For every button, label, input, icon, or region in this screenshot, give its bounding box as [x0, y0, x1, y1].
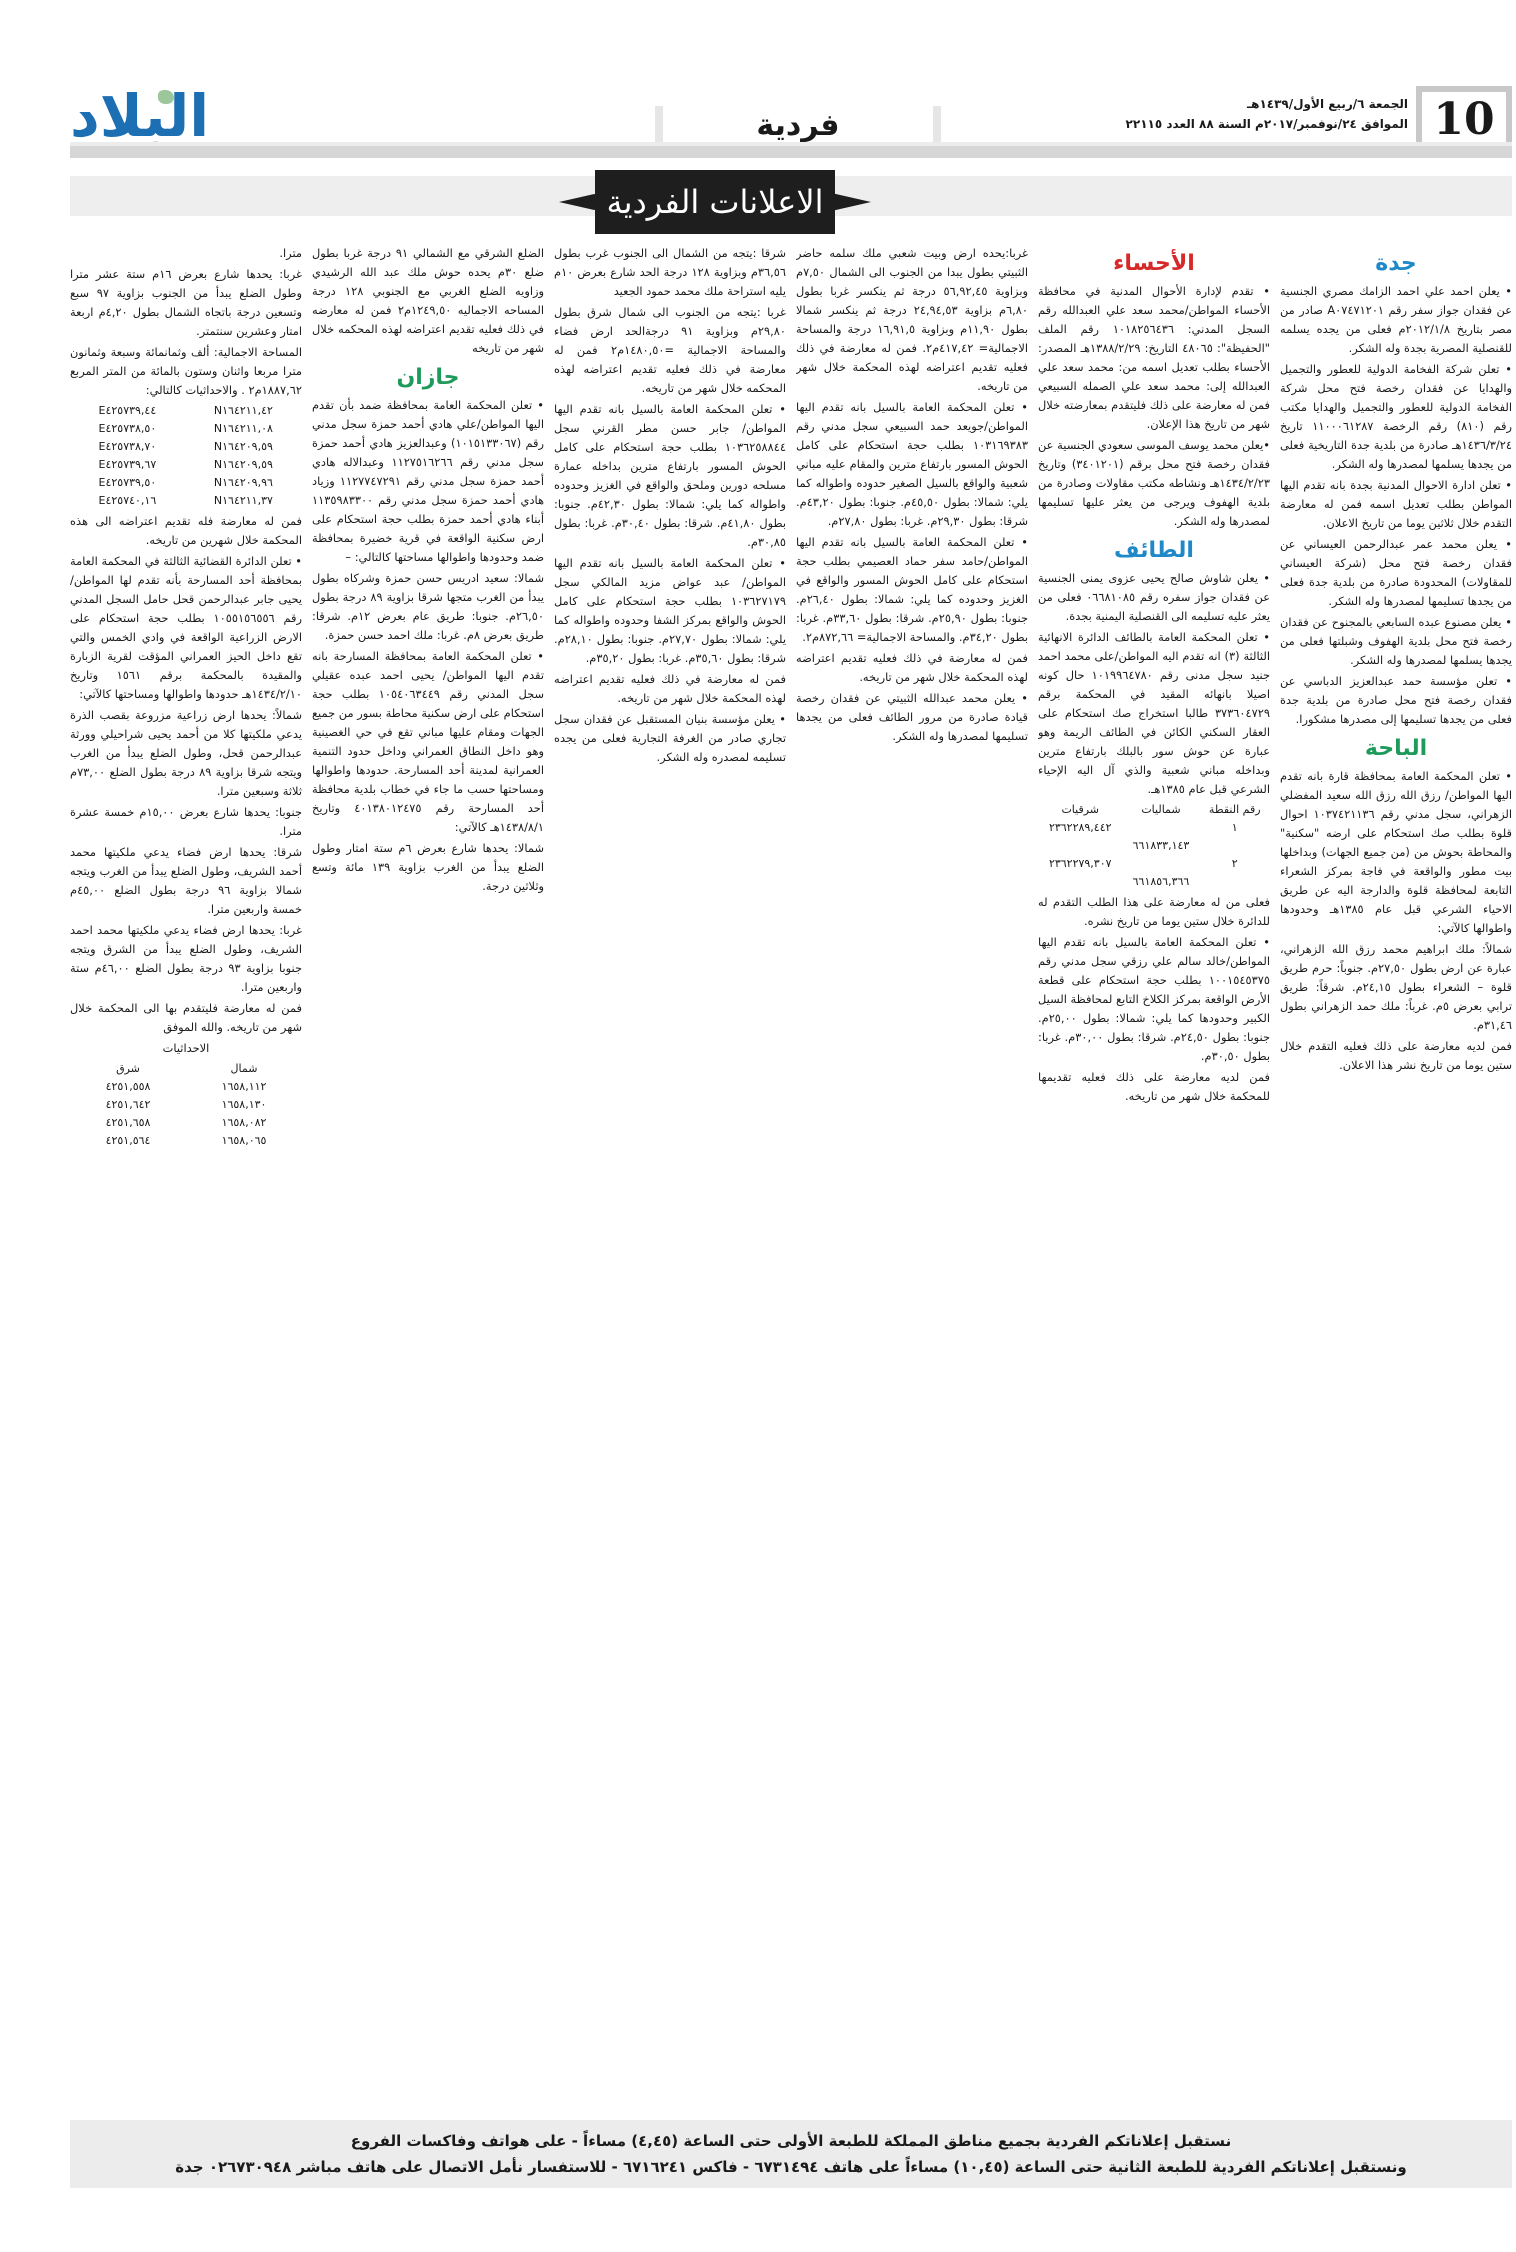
column-5: الضلع الشرقي مع الشمالي ٩١ درجة غربا بطو… — [312, 244, 544, 2100]
table-row: E٤٢٥٧٣٩,٤٤N١٦٤٢١١,٤٢ — [70, 402, 302, 420]
table-cell: ٤٢٥١,٦٤٢ — [70, 1096, 186, 1114]
table-cell: N١٦٤٢١١,٠٨ — [185, 420, 302, 438]
table-row: E٤٢٥٧٣٨,٧٠N١٦٤٢٠٩,٥٩ — [70, 438, 302, 456]
table-cell — [1122, 819, 1199, 837]
ad-paragraph: فمن له معارضة فله تقديم اعتراضه الى هذه … — [70, 512, 302, 550]
logo-text: البلاد — [70, 82, 209, 150]
city-heading: الطائف — [1038, 537, 1270, 565]
table-row: E٤٢٥٧٤٠,١٦N١٦٤٢١١,٣٧ — [70, 492, 302, 510]
ad-paragraph: • تعلن شركة الفخامة الدولية للعطور والتج… — [1280, 360, 1512, 474]
ad-paragraph: الضلع الشرقي مع الشمالي ٩١ درجة غربا بطو… — [312, 244, 544, 358]
ad-paragraph: • يعلن محمد عمر عبدالرحمن العيساني عن فق… — [1280, 535, 1512, 611]
ad-paragraph: فعلى من له معارضة على هذا الطلب التقدم ل… — [1038, 893, 1270, 931]
newspaper-logo: البلاد — [70, 86, 209, 146]
column-1: جدة• يعلن احمد علي احمد الزامك مصري الجن… — [1280, 244, 1512, 2100]
table-cell: ٤٢٥١,٥٥٨ — [70, 1078, 186, 1096]
table-cell: ١٦٥٨,٠٦٥ — [186, 1132, 302, 1150]
table-row: ١٦٥٨,١٣٠٤٢٥١,٦٤٢ — [70, 1096, 302, 1114]
column-6: مترا.غربا: يحدها شارع بعرض ١٦م ستة عشر م… — [70, 244, 302, 2100]
table-cell: ١٦٥٨,١١٢ — [186, 1078, 302, 1096]
table-header: شماليات — [1122, 801, 1199, 819]
ad-paragraph: • تقدم لإدارة الأحوال المدنية في محافظة … — [1038, 282, 1270, 434]
ad-paragraph: شمالا: سعيد ادريس حسن حمزة وشركاه بطول ي… — [312, 569, 544, 645]
date-hijri: الجمعة ٦/ربيع الأول/١٤٣٩هـ — [1126, 94, 1408, 114]
ad-paragraph: غربا: يحدها شارع بعرض ١٦م ستة عشر مترا و… — [70, 265, 302, 341]
footer-notice: نستقبل إعلاناتكم الفردية بجميع مناطق الم… — [70, 2120, 1512, 2188]
ad-paragraph: فمن له معارضة في ذلك فعليه تقديم اعتراضه… — [554, 670, 786, 708]
table-cell: N١٦٤٢١١,٤٢ — [185, 402, 302, 420]
ad-paragraph: شمالا: يحدها شارع بعرض ٦م ستة امتار وطول… — [312, 839, 544, 896]
coordinates-title: الاحداثيات — [70, 1039, 302, 1058]
table-cell: E٤٢٥٧٣٩,٦٧ — [70, 456, 185, 474]
ad-paragraph: • تعلن المحكمة العامة بمحافظة المسارحة ب… — [312, 647, 544, 837]
section-title: فردية — [655, 106, 941, 146]
table-cell: ٤٢٥١,٦٥٨ — [70, 1114, 186, 1132]
ad-paragraph: • يعلن مؤسسة بنيان المستقبل عن فقدان سجل… — [554, 710, 786, 767]
table-cell — [1122, 855, 1199, 873]
table-cell: N١٦٤٢٠٩,٥٩ — [185, 438, 302, 456]
table-cell: ٦٦١٨٥٦,٣٦٦ — [1122, 873, 1199, 891]
classifieds-banner: الاعلانات الفردية — [595, 170, 835, 234]
table-cell: E٤٢٥٧٣٩,٥٠ — [70, 474, 185, 492]
footer-line-2: ونستقبل إعلاناتكم الفردية للطبعة الثانية… — [70, 2154, 1512, 2180]
ad-paragraph: • تعلن المحكمة العامة بالسيل بانه تقدم ا… — [554, 554, 786, 668]
ad-paragraph: المساحة الاجمالية: ألف وثمانمائة وسبعة و… — [70, 343, 302, 400]
ad-paragraph: غربا:يحده ارض وبيت شعبي ملك سلمه حاضر ال… — [796, 244, 1028, 396]
table-row: ١٦٥٨,٠٨٢٤٢٥١,٦٥٨ — [70, 1114, 302, 1132]
table-cell: E٤٢٥٧٣٩,٤٤ — [70, 402, 185, 420]
ad-paragraph: شرقا :يتجه من الشمال الى الجنوب غرب بطول… — [554, 244, 786, 301]
table-row: E٤٢٥٧٣٩,٦٧N١٦٤٢٠٩,٥٩ — [70, 456, 302, 474]
city-heading: جازان — [312, 364, 544, 392]
table-cell: ١٦٥٨,٠٨٢ — [186, 1114, 302, 1132]
table-cell: ٢ — [1199, 855, 1270, 873]
ad-paragraph: • يعلن احمد علي احمد الزامك مصري الجنسية… — [1280, 282, 1512, 358]
ad-paragraph: جنوبا: يحدها شارع بعرض ١٥,٠٠م خمسة عشرة … — [70, 803, 302, 841]
city-heading: الباحة — [1280, 735, 1512, 763]
table-cell: N١٦٤٢٠٩,٩٦ — [185, 474, 302, 492]
table-cell: E٤٢٥٧٣٨,٧٠ — [70, 438, 185, 456]
table-row: ١٦٥٨,١١٢٤٢٥١,٥٥٨ — [70, 1078, 302, 1096]
ad-paragraph: فمن لديه معارضة على ذلك فعليه التقدم خلا… — [1280, 1037, 1512, 1075]
table-cell: ١٦٥٨,١٣٠ — [186, 1096, 302, 1114]
table-header: شرق — [70, 1060, 186, 1078]
ad-columns: جدة• يعلن احمد علي احمد الزامك مصري الجن… — [70, 244, 1512, 2100]
ad-paragraph: • تعلن المحكمة العامة بالطائف الدائرة ال… — [1038, 628, 1270, 799]
table-cell: E٤٢٥٧٤٠,١٦ — [70, 492, 185, 510]
date-gregorian: الموافق ٢٤/نوفمبر/٢٠١٧م السنة ٨٨ العدد ٢… — [1126, 114, 1408, 134]
table-row: ١٢٣٦٢٢٨٩,٤٤٢ — [1038, 819, 1270, 837]
table-row: E٤٢٥٧٣٨,٥٠N١٦٤٢١١,٠٨ — [70, 420, 302, 438]
footer-line-1: نستقبل إعلاناتكم الفردية بجميع مناطق الم… — [70, 2128, 1512, 2154]
table-row: ٦٦١٨٥٦,٣٦٦ — [1038, 873, 1270, 891]
column-3: غربا:يحده ارض وبيت شعبي ملك سلمه حاضر ال… — [796, 244, 1028, 2100]
column-4: شرقا :يتجه من الشمال الى الجنوب غرب بطول… — [554, 244, 786, 2100]
coordinates-table: E٤٢٥٧٣٩,٤٤N١٦٤٢١١,٤٢E٤٢٥٧٣٨,٥٠N١٦٤٢١١,٠٨… — [70, 402, 302, 510]
table-header: شرقيات — [1038, 801, 1122, 819]
table-cell: ٢٣٦٢٢٧٩,٣٠٧ — [1038, 855, 1122, 873]
ad-paragraph: • يعلن شاوش صالح يحيى عزوى يمنى الجنسية … — [1038, 569, 1270, 626]
ad-paragraph: • تعلن المحكمة العامة بمحافظة قارة بانه … — [1280, 767, 1512, 938]
ad-paragraph: فمن له معارضة فليتقدم بها الى المحكمة خل… — [70, 999, 302, 1037]
column-2: الأحساء• تقدم لإدارة الأحوال المدنية في … — [1038, 244, 1270, 2100]
ad-paragraph: شمالاً: ملك ابراهيم محمد رزق الله الزهرا… — [1280, 940, 1512, 1035]
table-header: رقم النقطة — [1199, 801, 1270, 819]
table-row: ٦٦١٨٣٣,١٤٣ — [1038, 837, 1270, 855]
ad-paragraph: •يعلن محمد يوسف الموسى سعودي الجنسية عن … — [1038, 436, 1270, 531]
table-cell: ١ — [1199, 819, 1270, 837]
table-cell — [1038, 873, 1122, 891]
table-cell — [1199, 837, 1270, 855]
table-cell — [1038, 837, 1122, 855]
table-row: E٤٢٥٧٣٩,٥٠N١٦٤٢٠٩,٩٦ — [70, 474, 302, 492]
table-cell: N١٦٤٢١١,٣٧ — [185, 492, 302, 510]
dateline: الجمعة ٦/ربيع الأول/١٤٣٩هـ الموافق ٢٤/نو… — [1126, 94, 1408, 134]
table-cell: E٤٢٥٧٣٨,٥٠ — [70, 420, 185, 438]
table-header: شمال — [186, 1060, 302, 1078]
table-row: ٢٢٣٦٢٢٧٩,٣٠٧ — [1038, 855, 1270, 873]
ad-paragraph: • تعلن الدائرة القضائية الثالثة في المحك… — [70, 552, 302, 704]
ad-paragraph: • تعلن المحكمة العامة بالسيل بانه تقدم ا… — [1038, 933, 1270, 1066]
ad-paragraph: • يعلن محمد عبدالله الثبيتي عن فقدان رخص… — [796, 689, 1028, 746]
ad-paragraph: شمالاً: يحدها ارض زراعية مزروعة بقصب الذ… — [70, 706, 302, 801]
coordinates-table: رقم النقطةشمالياتشرقيات١٢٣٦٢٢٨٩,٤٤٢٦٦١٨٣… — [1038, 801, 1270, 891]
ad-paragraph: فمن له معارضة في ذلك فعليه تقديم اعتراضه… — [796, 649, 1028, 687]
table-cell: ٦٦١٨٣٣,١٤٣ — [1122, 837, 1199, 855]
ad-paragraph: غربا: يحدها ارض فضاء يدعي ملكيتها محمد ا… — [70, 921, 302, 997]
table-cell: ٢٣٦٢٢٨٩,٤٤٢ — [1038, 819, 1122, 837]
table-row: ١٦٥٨,٠٦٥٤٢٥١,٥٦٤ — [70, 1132, 302, 1150]
ad-paragraph: • تعلن مؤسسة حمد عبدالعزيز الدباسي عن فق… — [1280, 672, 1512, 729]
ad-paragraph: • يعلن مصنوع عبده السابعي بالمجنوح عن فق… — [1280, 613, 1512, 670]
ad-paragraph: غربا :يتجه من الجنوب الى شمال شرق بطول ٢… — [554, 303, 786, 398]
city-heading: الأحساء — [1038, 250, 1270, 278]
header-rule — [70, 142, 1512, 158]
ad-paragraph: • تعلن المحكمة العامة بالسيل بانه تقدم ا… — [796, 533, 1028, 647]
table-cell: ٤٢٥١,٥٦٤ — [70, 1132, 186, 1150]
coordinates-table: شمالشرق١٦٥٨,١١٢٤٢٥١,٥٥٨١٦٥٨,١٣٠٤٢٥١,٦٤٢١… — [70, 1060, 302, 1150]
page-header: 10 الجمعة ٦/ربيع الأول/١٤٣٩هـ الموافق ٢٤… — [70, 86, 1512, 158]
ad-paragraph: • تعلن المحكمة العامة بالسيل بانه تقدم ا… — [554, 400, 786, 552]
ad-paragraph: شرقا: يحدها ارض فضاء يدعي ملكيتها محمد أ… — [70, 843, 302, 919]
table-cell: N١٦٤٢٠٩,٥٩ — [185, 456, 302, 474]
ad-paragraph: • تعلن المحكمة العامة بالسيل بانه تقدم ا… — [796, 398, 1028, 531]
ad-paragraph: • تعلن ادارة الاحوال المدنية بجدة بانه ت… — [1280, 476, 1512, 533]
city-heading: جدة — [1280, 250, 1512, 278]
ad-paragraph: فمن لديه معارضة على ذلك فعليه تقديمها لل… — [1038, 1068, 1270, 1106]
saudi-map-icon — [158, 90, 174, 104]
table-cell — [1199, 873, 1270, 891]
ad-paragraph: مترا. — [70, 244, 302, 263]
ad-paragraph: • تعلن المحكمة العامة بمحافظة ضمد بأن تق… — [312, 396, 544, 567]
